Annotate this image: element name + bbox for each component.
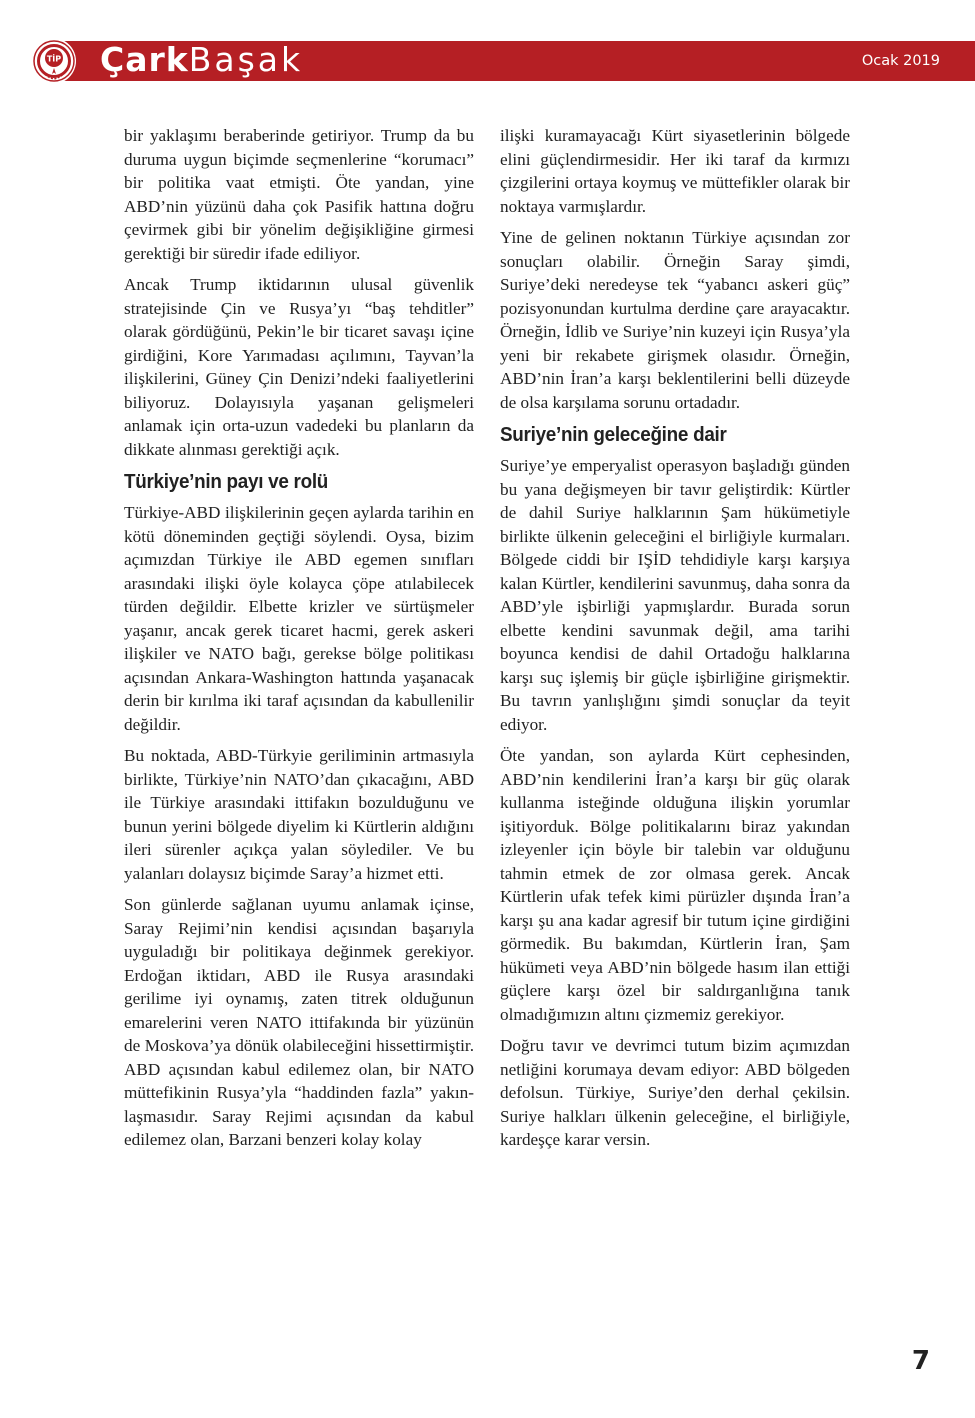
- paragraph: Son günlerde sağlanan uyumu anlamak için…: [124, 893, 474, 1152]
- paragraph: Türkiye-ABD ilişkilerinin geçen aylarda …: [124, 501, 474, 736]
- page-header: TİP ÇarkBaşak Ocak 2019: [0, 0, 975, 100]
- svg-text:TİP: TİP: [47, 54, 61, 64]
- section-heading: Suriye’nin geleceğine dair: [500, 422, 822, 448]
- brand-part-cark: Çark: [100, 40, 189, 79]
- paragraph: Yine de gelinen noktanın Türkiye açısınd…: [500, 226, 850, 414]
- left-column: bir yaklaşımı beraberinde getiriyor. Tru…: [124, 124, 474, 1160]
- paragraph: Doğru tavır ve devrimci tutum bizim açı­…: [500, 1034, 850, 1152]
- right-column: ilişki kuramayacağı Kürt siyasetlerinin …: [500, 124, 850, 1160]
- paragraph: ilişki kuramayacağı Kürt siyasetlerinin …: [500, 124, 850, 218]
- tip-party-logo-icon: TİP: [33, 40, 75, 82]
- paragraph: Suriye’ye emperyalist operasyon başladığ…: [500, 454, 850, 736]
- paragraph: Ancak Trump iktidarının ulusal güvenlik …: [124, 273, 474, 461]
- paragraph: bir yaklaşımı beraberinde getiriyor. Tru…: [124, 124, 474, 265]
- publication-title: ÇarkBaşak: [100, 40, 303, 80]
- brand-part-basak: Başak: [189, 40, 303, 79]
- page-number: 7: [912, 1346, 930, 1376]
- issue-date: Ocak 2019: [862, 41, 940, 81]
- paragraph: Bu noktada, ABD-Türkyie geriliminin art­…: [124, 744, 474, 885]
- paragraph: Öte yandan, son aylarda Kürt cephesinden…: [500, 744, 850, 1026]
- section-heading: Türkiye’nin payı ve rolü: [124, 469, 446, 495]
